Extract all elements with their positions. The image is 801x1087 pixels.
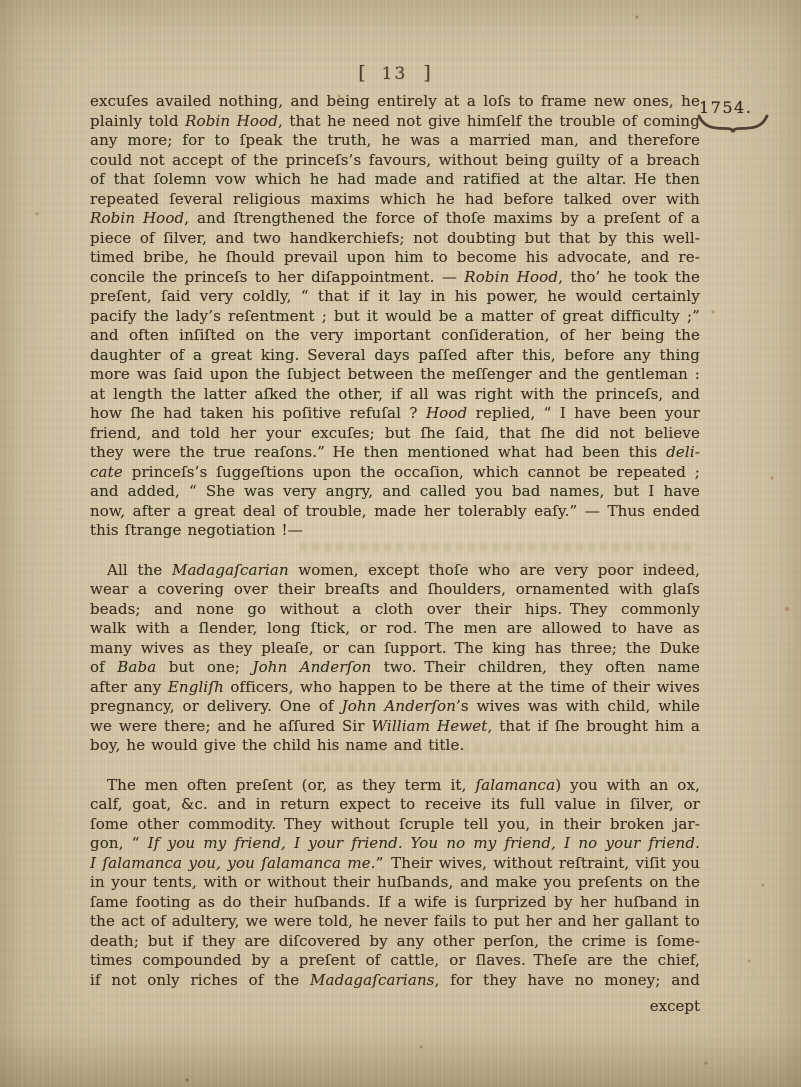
text-segment: many wives as they pleaſe, or can ſuppor…: [90, 639, 700, 657]
text-line: pacify the lady’s reſentment ; but it wo…: [90, 307, 700, 327]
text-line: the act of adultery, we were told, he ne…: [90, 912, 700, 932]
text-segment: how ſhe had taken his poſitive refuſal ?: [90, 404, 426, 422]
text-line: piece of ſilver, and two handkerchiefs; …: [90, 229, 700, 249]
text-segment-italic: If you my friend, I your friend. You no …: [148, 834, 700, 852]
text-segment: beads; and none go without a cloth over …: [90, 600, 700, 618]
text-segment: , that he need not give himſelf the trou…: [278, 112, 700, 130]
text-line: they were the true reaſons.” He then men…: [90, 443, 700, 463]
text-segment: they were the true reaſons.” He then men…: [90, 443, 666, 461]
text-line: Robin Hood, and ſtrengthened the force o…: [90, 209, 700, 229]
page-number-close-bracket: ]: [423, 62, 430, 84]
text-segment: ’s wives was with child, while: [456, 697, 700, 715]
text-line: if not only riches of the Madagaſcarians…: [90, 971, 700, 991]
text-segment: of that ſolemn vow which he had made and…: [90, 170, 700, 188]
text-segment-italic: Engliſh: [168, 678, 224, 696]
catchword: except: [550, 997, 700, 1015]
text-line: could not accept of the princeſs’s favou…: [90, 151, 700, 171]
text-segment: but one;: [156, 658, 252, 676]
text-line: beads; and none go without a cloth over …: [90, 600, 700, 620]
text-segment: replied, “ I have been your: [467, 404, 700, 422]
text-segment: excuſes availed nothing, and being entir…: [90, 92, 700, 110]
text-segment: ” Their wives, without reſtraint, viſit …: [376, 854, 700, 872]
text-line: of Baba but one; John Anderſon two. Thei…: [90, 658, 700, 678]
text-segment: boy, he would give the child his name an…: [90, 736, 464, 754]
text-segment: concile the princeſs to her diſappointme…: [90, 268, 464, 286]
text-segment: repeated ſeveral religious maxims which …: [90, 190, 700, 208]
text-line: times compounded by a preſent of cattle,…: [90, 951, 700, 971]
text-line: walk with a ſlender, long ſtick, or rod.…: [90, 619, 700, 639]
text-line: many wives as they pleaſe, or can ſuppor…: [90, 639, 700, 659]
ink-specks: [0, 0, 2, 2]
text-segment: of: [90, 658, 117, 676]
text-segment-italic: deli-: [666, 443, 700, 461]
text-line: timed bribe, he ſhould prevail upon him …: [90, 248, 700, 268]
text-line: how ſhe had taken his poſitive refuſal ?…: [90, 404, 700, 424]
text-segment: death; but if they are diſcovered by any…: [90, 932, 700, 950]
text-line: plainly told Robin Hood, that he need no…: [90, 112, 700, 132]
text-segment: after any: [90, 678, 168, 696]
text-segment: more was ſaid upon the ſubject between t…: [90, 365, 700, 383]
text-line: concile the princeſs to her diſappointme…: [90, 268, 700, 288]
text-segment-italic: John Anderſon: [252, 658, 371, 676]
text-line: excuſes availed nothing, and being entir…: [90, 92, 700, 112]
text-line: and often inſiſted on the very important…: [90, 326, 700, 346]
text-segment: , for they have no money; and: [435, 971, 700, 989]
text-segment: the act of adultery, we were told, he ne…: [90, 912, 700, 930]
text-segment-italic: Hood: [426, 404, 467, 422]
text-line: in your tents, with or without their huſ…: [90, 873, 700, 893]
text-segment: at length the latter aſked the other, if…: [90, 385, 700, 403]
text-segment: , tho’ he took the: [558, 268, 700, 286]
text-segment: ſame footing as do their huſbands. If a …: [90, 893, 700, 911]
text-segment: ſome other commodity. They without ſcrup…: [90, 815, 700, 833]
text-segment: , that if ſhe brought him a: [487, 717, 700, 735]
text-line: pregnancy, or delivery. One of John Ande…: [90, 697, 700, 717]
text-line: ſome other commodity. They without ſcrup…: [90, 815, 700, 835]
text-segment: two. Their children, they often name: [371, 658, 700, 676]
text-line: this ſtrange negotiation !—: [90, 521, 700, 541]
text-segment-italic: Baba: [117, 658, 156, 676]
text-line: and added, “ She was very angry, and cal…: [90, 482, 700, 502]
text-segment: , and ſtrengthened the force of thoſe ma…: [184, 209, 700, 227]
text-line: gon, “ If you my friend, I your friend. …: [90, 834, 700, 854]
page-number-value: 13: [382, 64, 408, 84]
page-text: excuſes availed nothing, and being entir…: [90, 92, 700, 990]
text-segment: wear a covering over their breaſts and ſ…: [90, 580, 700, 598]
book-page: [13] 1754. excuſes availed nothing, and …: [0, 0, 801, 1087]
text-segment: times compounded by a preſent of cattle,…: [90, 951, 700, 969]
text-segment-italic: I ſalamanca you, you ſalamanca me.: [90, 854, 376, 872]
text-segment-italic: Madagaſcarians: [310, 971, 435, 989]
text-segment: walk with a ſlender, long ſtick, or rod.…: [90, 619, 700, 637]
text-line: friend, and told her your excuſes; but ſ…: [90, 424, 700, 444]
text-segment-italic: Robin Hood: [464, 268, 558, 286]
text-segment: women, except thoſe who are very poor in…: [289, 561, 700, 579]
text-segment-italic: cate: [90, 463, 123, 481]
text-segment-italic: John Anderſon: [342, 697, 456, 715]
text-segment-italic: Robin Hood: [185, 112, 278, 130]
text-segment: we were there; and he aſſured Sir: [90, 717, 372, 735]
paragraph: All the Madagaſcarian women, except thoſ…: [90, 561, 700, 756]
text-line: at length the latter aſked the other, if…: [90, 385, 700, 405]
text-line: The men often preſent (or, as they term …: [90, 776, 700, 796]
text-line: cate princeſs’s ſuggeſtions upon the occ…: [90, 463, 700, 483]
text-segment: now, after a great deal of trouble, made…: [90, 502, 700, 520]
text-line: wear a covering over their breaſts and ſ…: [90, 580, 700, 600]
text-line: All the Madagaſcarian women, except thoſ…: [90, 561, 700, 581]
text-segment: pregnancy, or delivery. One of: [90, 697, 342, 715]
text-segment: gon, “: [90, 834, 148, 852]
text-segment-italic: William Hewet: [372, 717, 488, 735]
text-segment: friend, and told her your excuſes; but ſ…: [90, 424, 700, 442]
text-line: boy, he would give the child his name an…: [90, 736, 700, 756]
text-segment: timed bribe, he ſhould prevail upon him …: [90, 248, 700, 266]
text-segment: princeſs’s ſuggeſtions upon the occaſion…: [123, 463, 700, 481]
text-segment: any more; for to ſpeak the truth, he was…: [90, 131, 700, 149]
text-line: of that ſolemn vow which he had made and…: [90, 170, 700, 190]
text-segment-italic: Madagaſcarian: [172, 561, 289, 579]
text-segment-italic: Robin Hood: [90, 209, 184, 227]
paragraph: The men often preſent (or, as they term …: [90, 776, 700, 991]
text-line: calf, goat, &c. and in return expect to …: [90, 795, 700, 815]
text-segment: officers, who happen to be there at the …: [224, 678, 700, 696]
text-segment: plainly told: [90, 112, 185, 130]
paragraph: excuſes availed nothing, and being entir…: [90, 92, 700, 541]
text-line: we were there; and he aſſured Sir Willia…: [90, 717, 700, 737]
text-segment: daughter of a great king. Several days p…: [90, 346, 700, 364]
text-line: more was ſaid upon the ſubject between t…: [90, 365, 700, 385]
text-line: I ſalamanca you, you ſalamanca me.” Thei…: [90, 854, 700, 874]
text-segment: and often inſiſted on the very important…: [90, 326, 700, 344]
year-underbrace-flourish: [695, 113, 771, 133]
text-line: any more; for to ſpeak the truth, he was…: [90, 131, 700, 151]
text-segment: All the: [107, 561, 172, 579]
text-line: repeated ſeveral religious maxims which …: [90, 190, 700, 210]
page-number: [13]: [0, 62, 795, 84]
text-segment: in your tents, with or without their huſ…: [90, 873, 700, 891]
text-segment: preſent, ſaid very coldly, “ that if it …: [90, 287, 700, 305]
text-segment: this ſtrange negotiation !—: [90, 521, 303, 539]
text-line: daughter of a great king. Several days p…: [90, 346, 700, 366]
text-segment: calf, goat, &c. and in return expect to …: [90, 795, 700, 813]
text-segment: The men often preſent (or, as they term …: [107, 776, 475, 794]
text-segment-italic: ſalamanca: [475, 776, 555, 794]
text-line: ſame footing as do their huſbands. If a …: [90, 893, 700, 913]
text-segment: if not only riches of the: [90, 971, 310, 989]
text-line: now, after a great deal of trouble, made…: [90, 502, 700, 522]
text-segment: ) you with an ox,: [555, 776, 700, 794]
text-segment: piece of ſilver, and two handkerchiefs; …: [90, 229, 700, 247]
text-line: death; but if they are diſcovered by any…: [90, 932, 700, 952]
text-line: preſent, ſaid very coldly, “ that if it …: [90, 287, 700, 307]
text-segment: could not accept of the princeſs’s favou…: [90, 151, 700, 169]
text-segment: pacify the lady’s reſentment ; but it wo…: [90, 307, 700, 325]
text-segment: and added, “ She was very angry, and cal…: [90, 482, 700, 500]
page-number-open-bracket: [: [358, 62, 365, 84]
text-line: after any Engliſh officers, who happen t…: [90, 678, 700, 698]
